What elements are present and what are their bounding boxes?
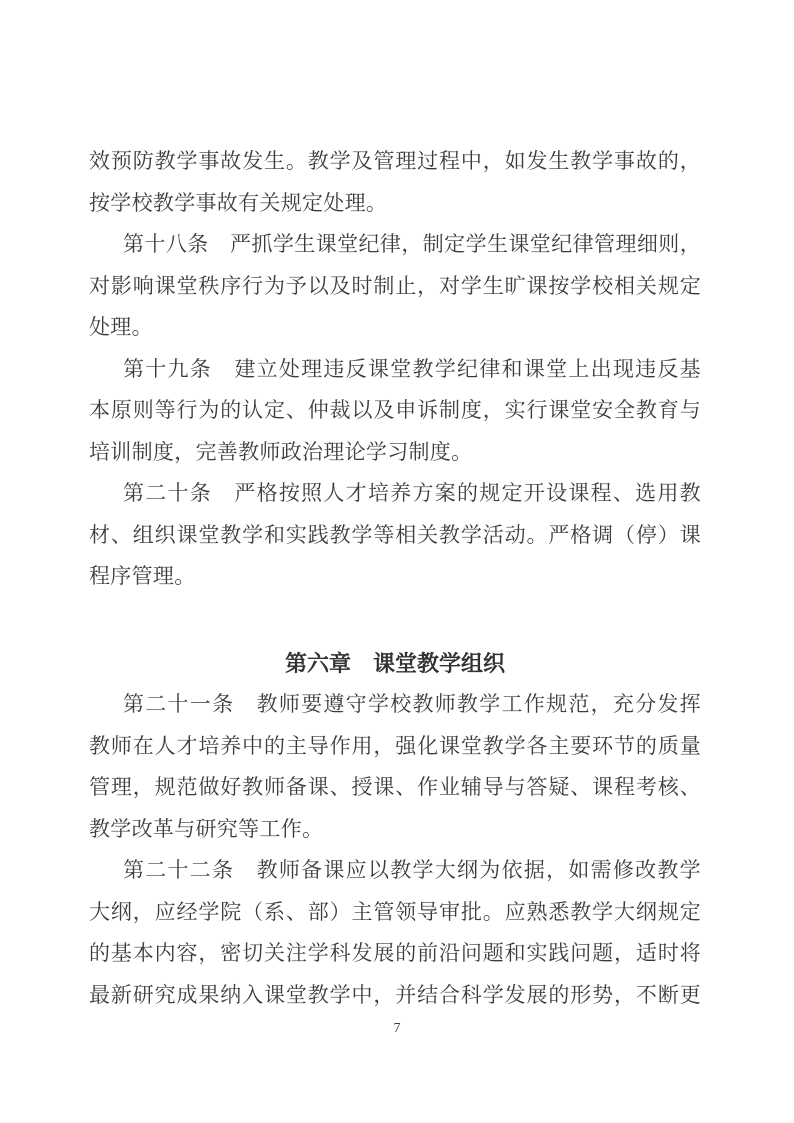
text-line: 第二十一条 教师要遵守学校教师教学工作规范，充分发挥	[89, 684, 701, 726]
text-line: 第十九条 建立处理违反课堂教学纪律和课堂上出现违反基	[89, 349, 701, 391]
text-line: 处理。	[89, 307, 701, 349]
text-line: 按学校教学事故有关规定处理。	[89, 183, 701, 225]
text-line: 对影响课堂秩序行为予以及时制止，对学生旷课按学校相关规定	[89, 266, 701, 308]
text-line: 材、组织课堂教学和实践教学等相关教学活动。严格调（停）课	[89, 515, 701, 557]
text-line: 程序管理。	[89, 556, 701, 598]
paragraph: 第十八条 严抓学生课堂纪律，制定学生课堂纪律管理细则，对影响课堂秩序行为予以及时…	[89, 224, 701, 349]
paragraph: 第二十条 严格按照人才培养方案的规定开设课程、选用教材、组织课堂教学和实践教学等…	[89, 473, 701, 598]
text-line: 第二十条 严格按照人才培养方案的规定开设课程、选用教	[89, 473, 701, 515]
text-line: 最新研究成果纳入课堂教学中，并结合科学发展的形势，不断更	[89, 975, 701, 1017]
text-line: 第二十二条 教师备课应以教学大纲为依据，如需修改教学	[89, 850, 701, 892]
text-line: 本原则等行为的认定、仲裁以及申诉制度，实行课堂安全教育与	[89, 390, 701, 432]
chapter-heading: 第六章 课堂教学组织	[89, 643, 701, 685]
text-line: 的基本内容，密切关注学科发展的前沿问题和实践问题，适时将	[89, 933, 701, 975]
document-content: 效预防教学事故发生。教学及管理过程中，如发生教学事故的，按学校教学事故有关规定处…	[89, 141, 701, 1016]
text-line: 培训制度，完善教师政治理论学习制度。	[89, 432, 701, 474]
paragraph: 第二十一条 教师要遵守学校教师教学工作规范，充分发挥教师在人才培养中的主导作用，…	[89, 684, 701, 850]
paragraph: 效预防教学事故发生。教学及管理过程中，如发生教学事故的，按学校教学事故有关规定处…	[89, 141, 701, 224]
text-line: 第十八条 严抓学生课堂纪律，制定学生课堂纪律管理细则，	[89, 224, 701, 266]
page-number: 7	[0, 1021, 794, 1037]
text-line: 教学改革与研究等工作。	[89, 809, 701, 851]
paragraph: 第二十二条 教师备课应以教学大纲为依据，如需修改教学大纲，应经学院（系、部）主管…	[89, 850, 701, 1016]
text-line: 教师在人才培养中的主导作用，强化课堂教学各主要环节的质量	[89, 726, 701, 768]
document-page: 效预防教学事故发生。教学及管理过程中，如发生教学事故的，按学校教学事故有关规定处…	[0, 0, 794, 1123]
text-line: 效预防教学事故发生。教学及管理过程中，如发生教学事故的，	[89, 141, 701, 183]
paragraph: 第十九条 建立处理违反课堂教学纪律和课堂上出现违反基本原则等行为的认定、仲裁以及…	[89, 349, 701, 474]
text-line: 管理，规范做好教师备课、授课、作业辅导与答疑、课程考核、	[89, 767, 701, 809]
text-line: 大纲，应经学院（系、部）主管领导审批。应熟悉教学大纲规定	[89, 892, 701, 934]
